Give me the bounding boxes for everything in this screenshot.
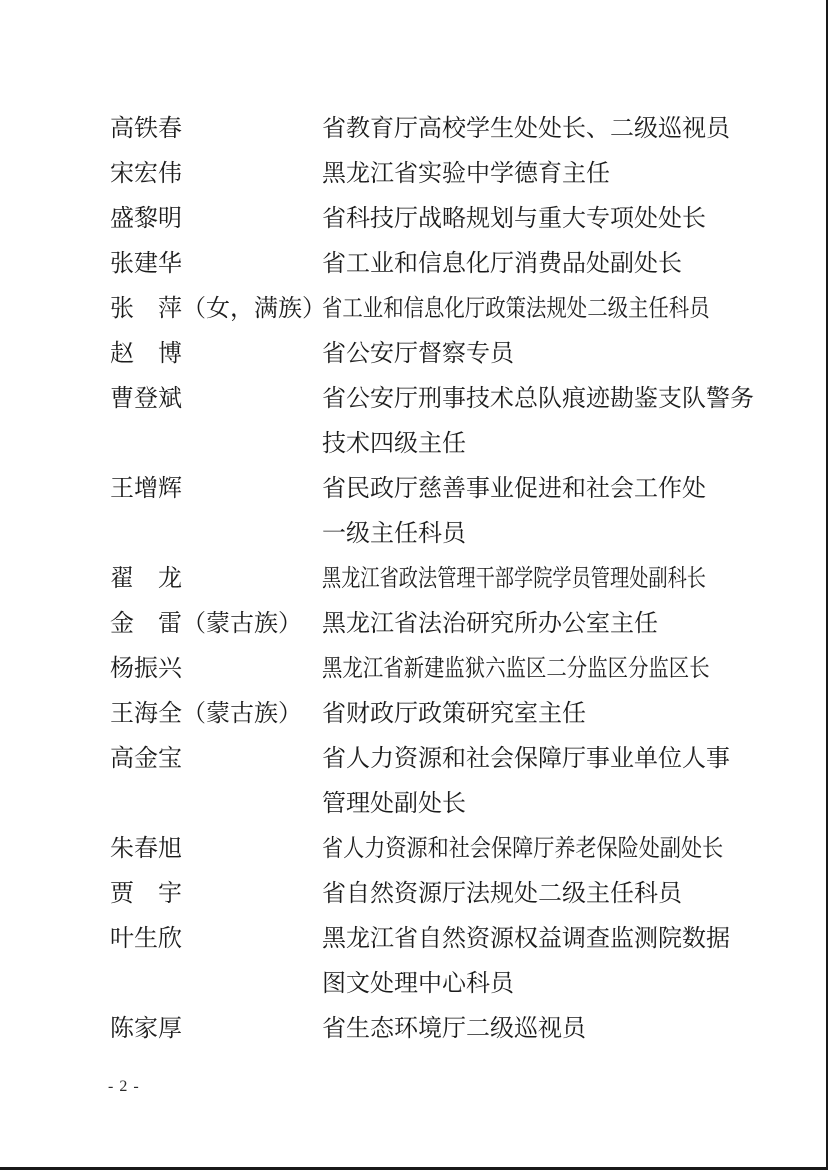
- person-titles: 黑龙江省法治研究所办公室主任: [322, 601, 778, 646]
- person-titles: 省自然资源厅法规处二级主任科员: [322, 871, 778, 916]
- person-title-line: 黑龙江省政法管理干部学院学员管理处副科长: [322, 556, 687, 601]
- roster-row: 王海全（蒙古族）省财政厅政策研究室主任: [110, 691, 778, 736]
- roster-row: 叶生欣黑龙江省自然资源权益调查监测院数据图文处理中心科员: [110, 916, 778, 1006]
- person-name: 叶生欣: [110, 916, 322, 961]
- person-title-line: 一级主任科员: [322, 511, 778, 556]
- page-number: - 2 -: [108, 1078, 140, 1096]
- roster-row: 陈家厚省生态环境厅二级巡视员: [110, 1006, 778, 1051]
- person-name: 翟 龙: [110, 556, 322, 601]
- roster-row: 宋宏伟黑龙江省实验中学德育主任: [110, 151, 778, 196]
- person-title-line: 黑龙江省自然资源权益调查监测院数据: [322, 916, 778, 961]
- person-name: 王海全（蒙古族）: [110, 691, 322, 736]
- roster-row: 翟 龙黑龙江省政法管理干部学院学员管理处副科长: [110, 556, 778, 601]
- person-name: 张建华: [110, 241, 322, 286]
- person-titles: 省人力资源和社会保障厅事业单位人事管理处副处长: [322, 736, 778, 826]
- person-name: 张 萍（女，满族）: [110, 286, 322, 331]
- document-page: 高铁春省教育厅高校学生处处长、二级巡视员宋宏伟黑龙江省实验中学德育主任盛黎明省科…: [0, 0, 828, 1170]
- person-title-line: 省工业和信息化厅消费品处副处长: [322, 241, 778, 286]
- person-title-line: 图文处理中心科员: [322, 961, 778, 1006]
- person-title-line: 省人力资源和社会保障厅养老保险处副处长: [322, 826, 723, 871]
- person-title-line: 管理处副处长: [322, 781, 778, 826]
- roster-row: 盛黎明省科技厅战略规划与重大专项处处长: [110, 196, 778, 241]
- roster-row: 杨振兴黑龙江省新建监狱六监区二分监区分监区长: [110, 646, 778, 691]
- person-titles: 省民政厅慈善事业促进和社会工作处一级主任科员: [322, 466, 778, 556]
- person-titles: 黑龙江省政法管理干部学院学员管理处副科长: [322, 556, 778, 601]
- roster-row: 张 萍（女，满族）省工业和信息化厅政策法规处二级主任科员: [110, 286, 778, 331]
- person-titles: 省公安厅刑事技术总队痕迹勘鉴支队警务技术四级主任: [322, 376, 778, 466]
- person-title-line: 省民政厅慈善事业促进和社会工作处: [322, 466, 778, 511]
- roster-row: 王增辉省民政厅慈善事业促进和社会工作处一级主任科员: [110, 466, 778, 556]
- roster-row: 金 雷（蒙古族）黑龙江省法治研究所办公室主任: [110, 601, 778, 646]
- person-titles: 省生态环境厅二级巡视员: [322, 1006, 778, 1051]
- person-title-line: 黑龙江省法治研究所办公室主任: [322, 601, 778, 646]
- person-titles: 省教育厅高校学生处处长、二级巡视员: [322, 106, 778, 151]
- person-title-line: 黑龙江省新建监狱六监区二分监区分监区长: [322, 646, 710, 691]
- person-title-line: 省科技厅战略规划与重大专项处处长: [322, 196, 778, 241]
- person-name: 曹登斌: [110, 376, 322, 421]
- person-name: 赵 博: [110, 331, 322, 376]
- person-name: 金 雷（蒙古族）: [110, 601, 322, 646]
- roster-list: 高铁春省教育厅高校学生处处长、二级巡视员宋宏伟黑龙江省实验中学德育主任盛黎明省科…: [110, 106, 778, 1051]
- person-title-line: 省自然资源厅法规处二级主任科员: [322, 871, 778, 916]
- person-titles: 省公安厅督察专员: [322, 331, 778, 376]
- roster-row: 贾 宇省自然资源厅法规处二级主任科员: [110, 871, 778, 916]
- roster-row: 高铁春省教育厅高校学生处处长、二级巡视员: [110, 106, 778, 151]
- person-title-line: 省财政厅政策研究室主任: [322, 691, 778, 736]
- person-name: 杨振兴: [110, 646, 322, 691]
- person-name: 陈家厚: [110, 1006, 322, 1051]
- person-name: 高铁春: [110, 106, 322, 151]
- person-titles: 省人力资源和社会保障厅养老保险处副处长: [322, 826, 778, 871]
- person-title-line: 省公安厅督察专员: [322, 331, 778, 376]
- person-title-line: 省公安厅刑事技术总队痕迹勘鉴支队警务: [322, 376, 778, 421]
- person-name: 贾 宇: [110, 871, 322, 916]
- roster-row: 赵 博省公安厅督察专员: [110, 331, 778, 376]
- person-title-line: 省教育厅高校学生处处长、二级巡视员: [322, 106, 778, 151]
- person-name: 高金宝: [110, 736, 322, 781]
- person-name: 朱春旭: [110, 826, 322, 871]
- roster-row: 曹登斌省公安厅刑事技术总队痕迹勘鉴支队警务技术四级主任: [110, 376, 778, 466]
- person-name: 王增辉: [110, 466, 322, 511]
- person-title-line: 省人力资源和社会保障厅事业单位人事: [322, 736, 778, 781]
- person-titles: 省科技厅战略规划与重大专项处处长: [322, 196, 778, 241]
- person-titles: 黑龙江省新建监狱六监区二分监区分监区长: [322, 646, 778, 691]
- person-titles: 黑龙江省实验中学德育主任: [322, 151, 778, 196]
- person-name: 宋宏伟: [110, 151, 322, 196]
- person-title-line: 黑龙江省实验中学德育主任: [322, 151, 778, 196]
- person-title-line: 省工业和信息化厅政策法规处二级主任科员: [322, 286, 710, 331]
- person-title-line: 技术四级主任: [322, 421, 778, 466]
- person-titles: 省工业和信息化厅消费品处副处长: [322, 241, 778, 286]
- person-title-line: 省生态环境厅二级巡视员: [322, 1006, 778, 1051]
- person-titles: 黑龙江省自然资源权益调查监测院数据图文处理中心科员: [322, 916, 778, 1006]
- roster-row: 朱春旭省人力资源和社会保障厅养老保险处副处长: [110, 826, 778, 871]
- roster-row: 高金宝省人力资源和社会保障厅事业单位人事管理处副处长: [110, 736, 778, 826]
- person-name: 盛黎明: [110, 196, 322, 241]
- roster-row: 张建华省工业和信息化厅消费品处副处长: [110, 241, 778, 286]
- person-titles: 省财政厅政策研究室主任: [322, 691, 778, 736]
- person-titles: 省工业和信息化厅政策法规处二级主任科员: [322, 286, 778, 331]
